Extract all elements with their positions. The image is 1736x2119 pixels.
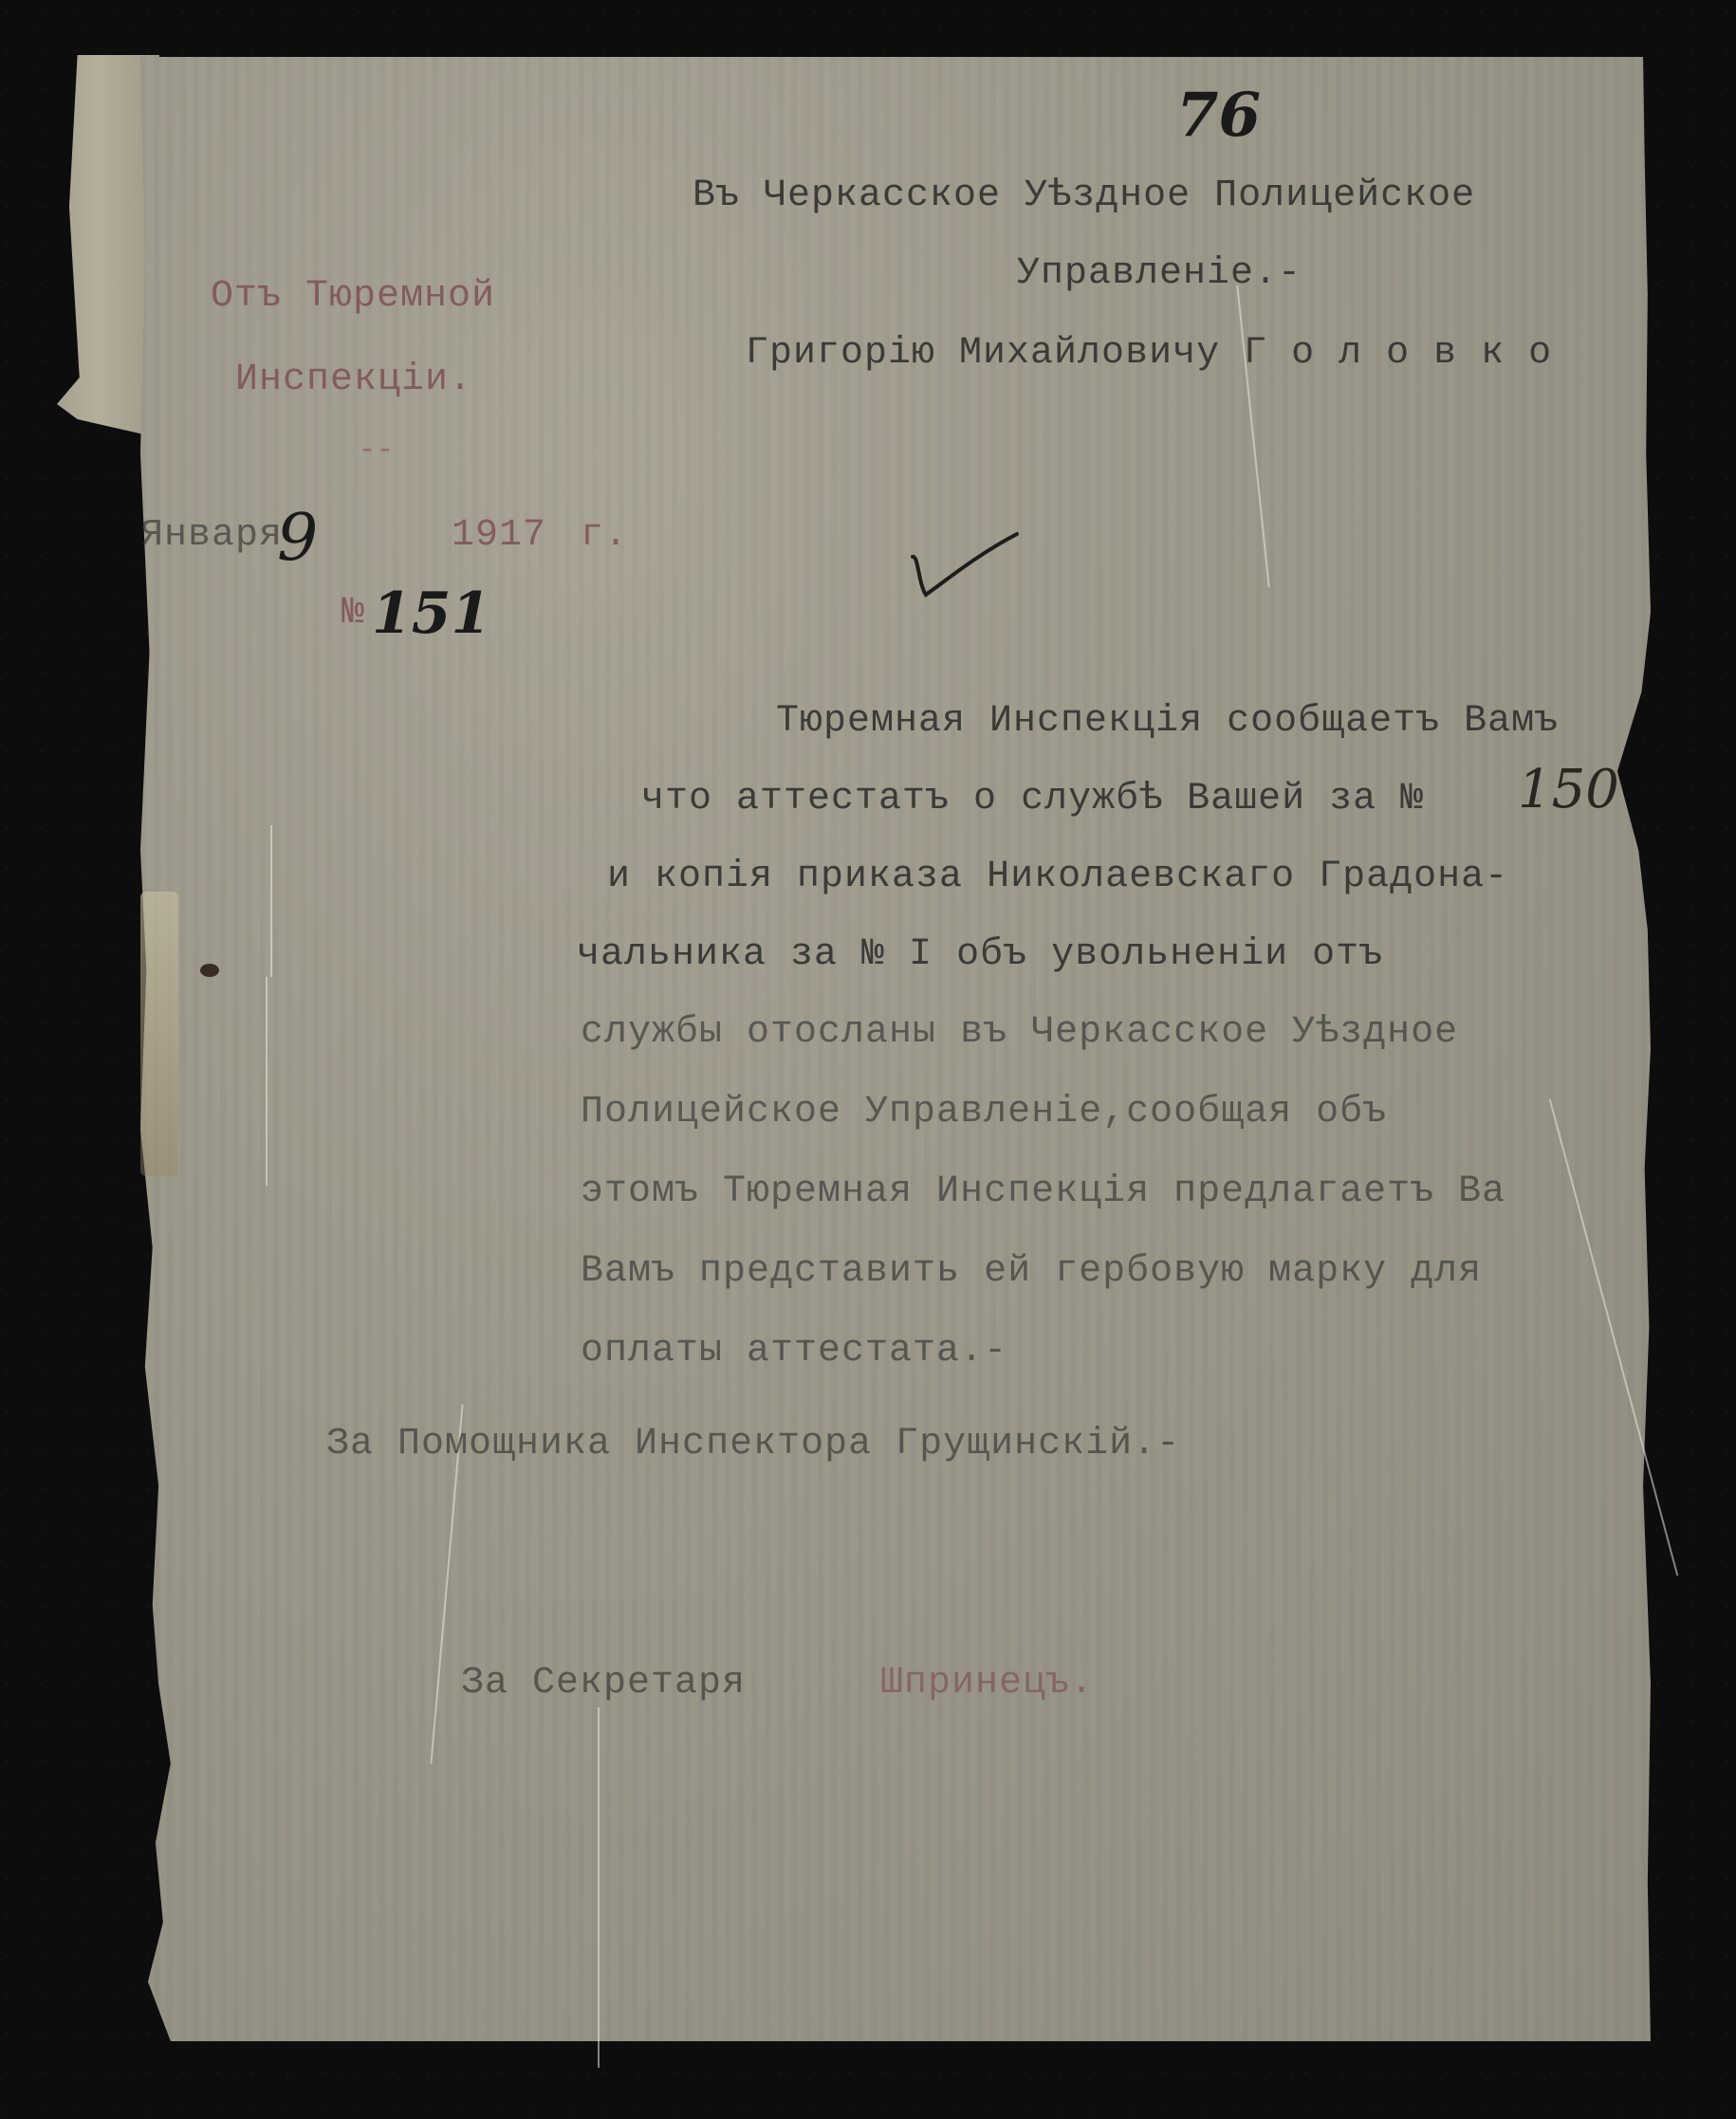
edge-stain <box>140 892 178 1176</box>
sender-line-1: Отъ Тюремной <box>211 275 495 318</box>
body-line-5: службы отосланы въ Черкасское Уѣздное <box>581 1011 1458 1054</box>
addressee-line-1: Въ Черкасское Уѣздное Полицейское <box>693 175 1475 217</box>
date-day-handwritten: 9 <box>277 501 318 576</box>
ink-spot <box>200 964 219 977</box>
outgoing-number-handwritten: 151 <box>372 580 490 647</box>
secretary-name: Шпринецъ. <box>880 1662 1094 1704</box>
date-month: Января <box>140 514 283 557</box>
body-line-1: Тюремная Инспекція сообщаетъ Вамъ <box>776 700 1559 743</box>
body-line-7: этомъ Тюремная Инспекція предлагаетъ Ва <box>581 1170 1505 1213</box>
body-line-6: Полицейское Управленіе,сообщая объ <box>581 1091 1387 1133</box>
folio-number: 76 <box>1176 80 1261 151</box>
secretary-label: За Секретаря <box>461 1662 746 1704</box>
sender-line-2: Инспекціи. <box>235 359 472 401</box>
paper-crease <box>598 1707 600 2068</box>
addressee-line-2: Управленіе.- <box>1017 252 1302 295</box>
assistant-inspector-signature: За Помощника Инспектора Грущинскій.- <box>326 1423 1180 1465</box>
addressee-line-3: Григорію Михайловичу Г о л о в к о <box>746 332 1552 375</box>
body-line-2: что аттестатъ о службѣ Вашей за № <box>641 778 1424 820</box>
body-line-8: Вамъ представить ей гербовую марку для <box>581 1250 1482 1293</box>
paper-crease <box>270 825 272 977</box>
paper-crease <box>266 977 268 1186</box>
body-line-4: чальника за № I объ увольненіи отъ <box>577 933 1383 976</box>
sender-separator: -- <box>359 434 395 467</box>
body-line-9: оплаты аттестата.- <box>581 1330 1007 1373</box>
body-line-3: и копія приказа Николаевскаго Градона- <box>607 856 1508 898</box>
date-year: 1917 <box>452 514 546 557</box>
date-suffix: г. <box>581 514 628 557</box>
number-sign: № <box>342 592 365 635</box>
referenced-number-handwritten: 150 <box>1518 759 1619 820</box>
check-mark-icon <box>901 526 1025 612</box>
